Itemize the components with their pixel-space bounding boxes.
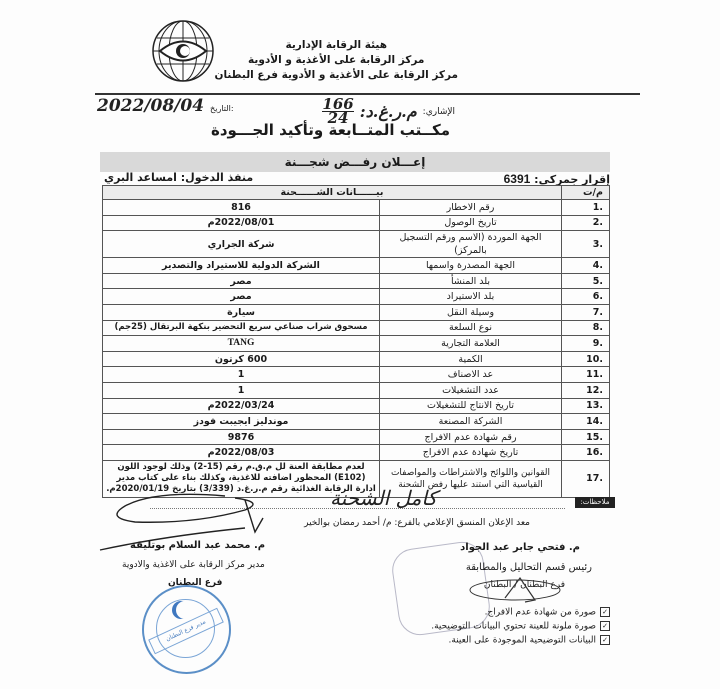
official-stamp-round: مدير فرع البطنان xyxy=(142,585,231,674)
table-row: .11عد الاصناف1 xyxy=(103,367,610,383)
row-label: عد الاصناف xyxy=(380,367,562,383)
row-label: تاريخ الوصول xyxy=(380,215,562,231)
attachment-label: صورة ملونة للعينة تحتوي البيانات التوضيح… xyxy=(431,622,596,632)
attachment-item: ✓صورة ملونة للعينة تحتوي البيانات التوضي… xyxy=(431,621,610,632)
table-row: .10الكمية600 كرتون xyxy=(103,351,610,367)
attachment-item: ✓البيانات التوضيحية الموجودة على العينة. xyxy=(449,635,610,646)
row-value: شركة الجراري xyxy=(103,231,380,258)
reference-label: الإشاري: xyxy=(423,107,455,117)
left-signatory-name: م. محمد عبد السلام بوتليقة xyxy=(130,540,265,551)
checkbox-checked-icon: ✓ xyxy=(600,635,610,645)
date-value: 2022/08/04 xyxy=(97,96,204,116)
row-value: 2022/08/03م xyxy=(103,445,380,461)
row-label: رقم شهادة عدم الافراج xyxy=(380,429,562,445)
table-row: .9العلامة التجاريةTANG xyxy=(103,336,610,352)
row-num: .2 xyxy=(562,215,610,231)
header-rule xyxy=(95,93,640,95)
reference-code: م.ر.غ.د: xyxy=(360,102,417,121)
checkbox-checked-icon: ✓ xyxy=(600,607,610,617)
row-num: .10 xyxy=(562,351,610,367)
org-line-3: مركز الرقابة على الأغذية و الأدوية فرع ا… xyxy=(214,68,458,83)
row-num: .17 xyxy=(562,460,610,497)
table-row: .7وسيلة النقلسيارة xyxy=(103,304,610,320)
row-value: مسحوق شراب صناعي سريع التحضير بنكهة البر… xyxy=(103,320,380,336)
attachment-item: ✓صورة من شهادة عدم الافراج. xyxy=(485,607,610,618)
row-num: .9 xyxy=(562,336,610,352)
row-value: 2022/08/01م xyxy=(103,215,380,231)
col-header-shipment-data: بيــــــانات الشــــــحنة xyxy=(103,186,562,200)
row-value: 2022/03/24م xyxy=(103,398,380,414)
notes-handwritten: كامل الشحنة xyxy=(330,486,437,510)
row-label: العلامة التجارية xyxy=(380,336,562,352)
table-row: .16تاريخ شهادة عدم الافراج2022/08/03م xyxy=(103,445,610,461)
row-label: الكمية xyxy=(380,351,562,367)
row-value: 600 كرتون xyxy=(103,351,380,367)
row-label: تاريخ شهادة عدم الافراج xyxy=(380,445,562,461)
table-row: .6بلد الاستيرادمصر xyxy=(103,289,610,305)
row-value: 1 xyxy=(103,367,380,383)
table-row: .14الشركة المصنعةموندليز ايجيبت فودز xyxy=(103,414,610,430)
table-row: .4الجهة المصدرة واسمهاالشركة الدولية للا… xyxy=(103,258,610,274)
row-num: .12 xyxy=(562,382,610,398)
emblem-logo xyxy=(150,18,216,84)
row-value: مصر xyxy=(103,289,380,305)
row-label: رقم الاخطار xyxy=(380,200,562,216)
row-value: 1 xyxy=(103,382,380,398)
entry-point: منفذ الدخول: امساعد البري xyxy=(104,171,253,184)
row-label: بلد الاستيراد xyxy=(380,289,562,305)
row-num: .5 xyxy=(562,273,610,289)
row-label: الجهة المصدرة واسمها xyxy=(380,258,562,274)
row-value: الشركة الدولية للاستيراد والتصدير xyxy=(103,258,380,274)
row-num: .3 xyxy=(562,231,610,258)
row-num: .11 xyxy=(562,367,610,383)
entry-value: امساعد البري xyxy=(104,171,177,184)
attachment-label: البيانات التوضيحية الموجودة على العينة. xyxy=(449,636,596,646)
customs-declaration: إقرار جمركي: 6391 xyxy=(504,172,610,186)
row-num: .16 xyxy=(562,445,610,461)
col-header-num: م/ت xyxy=(562,186,610,200)
row-num: .15 xyxy=(562,429,610,445)
table-row: .5بلد المنشأمصر xyxy=(103,273,610,289)
table-row: .12عدد التشغيلات1 xyxy=(103,382,610,398)
table-row: .13تاريخ الانتاج للتشغيلات2022/03/24م xyxy=(103,398,610,414)
row-value: TANG xyxy=(103,336,380,352)
row-value: 816 xyxy=(103,200,380,216)
checkbox-checked-icon: ✓ xyxy=(600,621,610,631)
row-num: .13 xyxy=(562,398,610,414)
right-signatory-name: م. فتحي جابر عبد الجواد xyxy=(460,542,580,553)
row-num: .7 xyxy=(562,304,610,320)
row-num: .4 xyxy=(562,258,610,274)
org-line-1: هيئة الرقابة الإدارية xyxy=(214,38,458,53)
attachment-label: صورة من شهادة عدم الافراج. xyxy=(485,608,596,618)
row-label: تاريخ الانتاج للتشغيلات xyxy=(380,398,562,414)
row-num: .1 xyxy=(562,200,610,216)
table-row: .3الجهة الموردة (الاسم ورقم التسجيل بالم… xyxy=(103,231,610,258)
table-row: .1رقم الاخطار816 xyxy=(103,200,610,216)
entry-label: منفذ الدخول: xyxy=(181,171,253,184)
crescent-icon xyxy=(176,601,194,619)
row-value: سيارة xyxy=(103,304,380,320)
office-title: مكــتب المتــابعة وتأكيد الجـــودة xyxy=(211,121,450,139)
row-label: بلد المنشأ xyxy=(380,273,562,289)
prepared-by: معد الإعلان المنسق الإعلامي بالفرع: م/ أ… xyxy=(304,518,530,528)
row-label: الشركة المصنعة xyxy=(380,414,562,430)
org-line-2: مركز الرقابة على الأغذية و الأدوية xyxy=(214,53,458,68)
table-row: .8نوع السلعةمسحوق شراب صناعي سريع التحضي… xyxy=(103,320,610,336)
shipment-data-table: م/ت بيــــــانات الشــــــحنة .1رقم الاخ… xyxy=(102,185,610,498)
row-num: .14 xyxy=(562,414,610,430)
row-value: موندليز ايجيبت فودز xyxy=(103,414,380,430)
left-signature-block: م. محمد عبد السلام بوتليقة xyxy=(130,540,265,551)
org-header: هيئة الرقابة الإدارية مركز الرقابة على ا… xyxy=(214,38,458,83)
date-block: 2022/08/04 التاريخ: xyxy=(97,96,234,116)
signature-scribble-icon xyxy=(465,570,575,610)
row-label: نوع السلعة xyxy=(380,320,562,336)
rejection-notice-title: إعـــلان رفـــض شجـــنة xyxy=(100,152,610,172)
row-value: 9876 xyxy=(103,429,380,445)
table-header-row: م/ت بيــــــانات الشــــــحنة xyxy=(103,186,610,200)
row-value: مصر xyxy=(103,273,380,289)
row-num: .6 xyxy=(562,289,610,305)
date-label: التاريخ: xyxy=(210,104,233,113)
notes-label: ملاحظات: xyxy=(575,497,615,508)
row-num: .8 xyxy=(562,320,610,336)
row-label: الجهة الموردة (الاسم ورقم التسجيل بالمرك… xyxy=(380,231,562,258)
left-signatory-title: مدير مركز الرقابة على الاغذية والادوية xyxy=(122,560,265,570)
row-label: وسيلة النقل xyxy=(380,304,562,320)
table-row: .15رقم شهادة عدم الافراج9876 xyxy=(103,429,610,445)
row-label: عدد التشغيلات xyxy=(380,382,562,398)
customs-value: 6391 xyxy=(504,172,531,186)
table-row: .2تاريخ الوصول2022/08/01م xyxy=(103,215,610,231)
document-page: هيئة الرقابة الإدارية مركز الرقابة على ا… xyxy=(0,0,720,689)
